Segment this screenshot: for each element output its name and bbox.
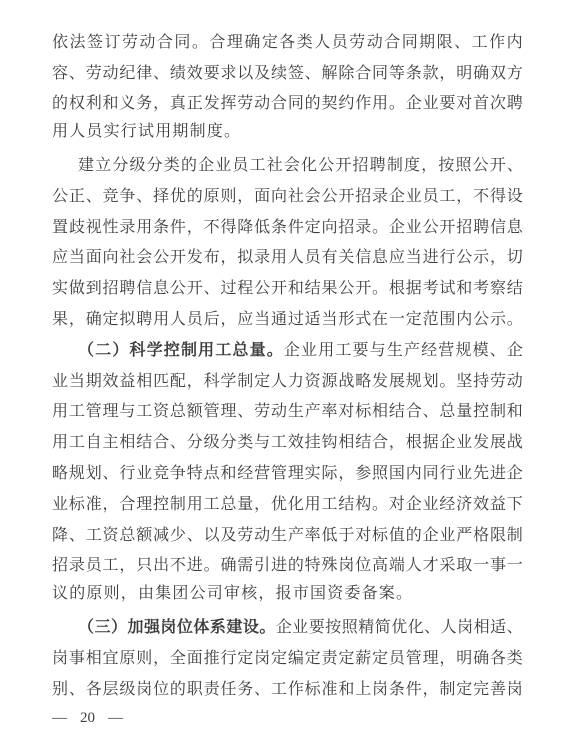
text-char: 理 [227,29,243,52]
text-char: 。 [192,29,208,52]
text-char: 管 [406,645,422,668]
text-char: 规 [455,337,471,360]
text-char: 完 [473,676,489,699]
text-char: 制 [237,368,253,391]
text-char: 工 [472,29,488,52]
text-char: 、 [69,522,85,545]
text-char: 工 [271,429,287,452]
text-char: 期 [86,368,102,391]
text-char: 企 [423,522,439,545]
footer-dash-right: — [108,710,123,727]
text-char: 同 [372,60,388,83]
text-char: 挂 [305,429,321,452]
text-char: 分 [187,429,203,452]
text-char: 工 [250,152,266,175]
text-char: 果 [52,306,68,329]
text-char: 行 [439,244,455,267]
text-char: 业 [423,491,439,514]
text-char: 和 [220,460,236,483]
text-char: 内 [456,306,472,329]
text-char: 自 [86,429,102,452]
text-char: 标 [355,398,371,421]
text-char: 聘 [119,275,135,298]
text-char: 少 [170,522,186,545]
document-page: 依法签订劳动合同。合理确定各类人员劳动合同期限、工作内容、劳动纪律、绩效要求以及… [0,0,578,750]
text-char: 员 [305,244,321,267]
text-char: 定 [372,645,388,668]
text-char: 人 [314,29,330,52]
text-char: 学 [220,368,236,391]
text-char: 分 [220,429,236,452]
text-char: 用 [372,90,388,113]
text-char: 结 [355,429,371,452]
text-char: 示 [490,306,506,329]
text-char: 与 [370,337,386,360]
text-char: 类 [297,29,313,52]
text-char: 业 [406,183,422,206]
text-char: 动 [103,60,119,83]
text-line: 岗事相宜原则，全面推行定岗定编定责定薪定员管理，明确各类 [52,641,523,672]
text-char: 业 [52,491,68,514]
text-char: 制 [181,337,197,360]
text-char: 条 [271,214,287,237]
text-char: 下 [507,491,523,514]
text-char: 员 [86,552,102,575]
text-char: 、 [204,275,220,298]
text-char: 息 [153,275,169,298]
text-char: 体 [193,614,209,637]
text-char: 对 [355,522,371,545]
text-char: 有 [322,244,338,267]
text-char: 当 [69,244,85,267]
text-char: 加 [127,614,143,637]
text-char: 理 [136,491,152,514]
text-char: 正 [187,90,203,113]
text-char: 发 [372,368,388,391]
text-char: 结 [305,275,321,298]
text-char: 进 [423,244,439,267]
text-char: 行 [439,460,455,483]
text-char: 设 [243,614,259,637]
text-char: 与 [254,429,270,452]
text-char: 信 [355,244,371,267]
text-char: 社 [267,152,283,175]
text-char: 求 [220,60,236,83]
text-char: 和 [103,90,119,113]
text-char: 明 [456,60,472,83]
text-char: 、 [507,614,523,637]
text-char: 公 [456,244,472,267]
text-char: 考 [423,275,439,298]
text-char: 事 [69,645,85,668]
text-char: ， [456,183,472,206]
text-char: 位 [177,614,193,637]
text-char: 源 [322,368,338,391]
text-char: 、 [187,522,203,545]
text-char: 营 [438,337,454,360]
text-char: 公 [52,183,68,206]
text-char: ） [111,614,127,637]
text-char: 工 [69,429,85,452]
text-char: 聘 [473,214,489,237]
text-char: 控 [164,337,180,360]
text-char: 编 [288,645,304,668]
text-char: 条 [406,60,422,83]
text-char: 应 [237,306,253,329]
text-char: 准 [86,491,102,514]
text-char: 以 [237,60,253,83]
text-char: 度 [404,152,420,175]
text-char: 产 [404,337,420,360]
text-char: 约 [338,90,354,113]
text-line: 用工自主相结合、分级分类与工效挂钩相结合，根据企业发展战 [52,425,523,456]
text-line: 实做到招聘信息公开、过程公开和结果公开。根据考试和考察结 [52,271,523,302]
text-char: 效 [103,368,119,391]
text-line: 降、工资总额减少、以及劳动生产率低于对标值的企业严格限制 [52,518,523,549]
text-char: 展 [490,429,506,452]
text-char: 公 [423,214,439,237]
text-char: 力 [288,368,304,391]
text-char: 相 [338,429,354,452]
text-char: 先 [473,460,489,483]
text-char: 确 [473,60,489,83]
text-char: 减 [153,522,169,545]
text-char: 企 [507,460,523,483]
text-line: 别、各层级岗位的职责任务、工作标准和上岗条件，制定完善岗 [52,672,523,703]
text-char: 置 [52,214,68,237]
text-char: 劳 [86,60,102,83]
text-char: 方 [507,60,523,83]
text-char: 程 [237,275,253,298]
text-char: 总 [439,398,455,421]
text-char: 业 [439,522,455,545]
text-char: 战 [507,429,523,452]
text-char: 三 [94,614,110,637]
text-char: 推 [204,645,220,668]
text-char: 劳 [122,29,138,52]
text-line: 置歧视性录用条件，不得降低条件定向招录。企业公开招聘信息 [52,210,523,241]
text-char: 照 [455,152,471,175]
text-char: 通 [271,306,287,329]
text-char: 工 [439,183,455,206]
text-char: 务 [136,90,152,113]
text-char: 期 [419,29,435,52]
text-char: 定 [456,676,472,699]
text-char: 信 [490,214,506,237]
text-char: ， [69,306,85,329]
text-char: 歧 [69,214,85,237]
text-char: 确 [86,306,102,329]
text-char: 才 [423,552,439,575]
text-char: 层 [103,676,119,699]
text-char: 劳 [237,90,253,113]
text-char: 正 [69,183,85,206]
text-char: 济 [456,491,472,514]
text-char: 。 [389,90,405,113]
text-char: 员 [389,645,405,668]
text-char: 确 [473,645,489,668]
text-char: 化 [408,614,424,637]
text-char: 根 [389,275,405,298]
text-char: 优 [170,183,186,206]
text-char: 管 [271,460,287,483]
text-char: 降 [237,214,253,237]
text-char: 业 [136,460,152,483]
text-char: 竞 [153,460,169,483]
text-char: 公 [254,275,270,298]
text-char: 定 [271,645,287,668]
text-char: 员 [423,183,439,206]
text-segment: 用人员实行试用期制度。 [52,123,241,140]
text-char: 开 [170,244,186,267]
text-char: 招 [338,214,354,237]
text-char: 资 [103,522,119,545]
text-char: 用 [187,491,203,514]
text-char: 殊 [322,552,338,575]
text-char: 信 [136,275,152,298]
text-char: 、 [454,29,470,52]
text-char: 竞 [103,183,119,206]
text-char: 资 [305,368,321,391]
text-char: 等 [389,60,405,83]
text-char: 总 [170,398,186,421]
text-char: 劳 [237,522,253,545]
text-char: 生 [387,337,403,360]
text-char: 用 [198,337,214,360]
text-char: 任 [220,676,236,699]
text-char: 一 [473,552,489,575]
text-char: 当 [406,244,422,267]
text-char: 行 [220,645,236,668]
text-char: 结 [389,398,405,421]
text-char: 面 [254,183,270,206]
text-char: 发 [204,90,220,113]
text-char: 围 [439,306,455,329]
text-char: 需 [237,552,253,575]
text-char: 示 [473,244,489,267]
text-line: 招录员工，只出不进。确需引进的特殊岗位高端人才采取一事一 [52,549,523,580]
text-char: 。 [267,337,283,360]
text-char: 实 [305,460,321,483]
text-char: 量 [250,337,266,360]
text-char: 用 [136,214,152,237]
text-char: 按 [325,614,341,637]
text-char: 划 [86,460,102,483]
text-char: 进 [187,552,203,575]
text-char: 、 [153,60,169,83]
text-char: ， [421,152,437,175]
text-char: 科 [129,337,145,360]
text-char: 率 [305,522,321,545]
text-char: 企 [389,183,405,206]
text-char: ， [338,460,354,483]
text-char: 工 [204,491,220,514]
text-char: 工 [271,676,287,699]
text-char: 额 [136,522,152,545]
text-char: 工 [103,552,119,575]
text-char: 得 [490,183,506,206]
text-char: 款 [423,60,439,83]
text-char: 录 [372,183,388,206]
text-char: 级 [129,152,145,175]
text-char: 布 [204,244,220,267]
text-char: 岗 [338,552,354,575]
text-char: 额 [187,398,203,421]
text-char: 简 [375,614,391,637]
text-char: 动 [254,90,270,113]
text-char: 切 [507,244,523,267]
text-char: 准 [322,676,338,699]
text-char: 确 [220,552,236,575]
text-char: 规 [69,460,85,483]
text-char: 的 [181,152,197,175]
text-char: 合 [119,491,135,514]
text-char: 应 [52,244,68,267]
text-char: 实 [52,275,68,298]
text-char: 和 [288,275,304,298]
text-char: 利 [86,90,102,113]
text-char: 类 [164,152,180,175]
text-char: 构 [355,491,371,514]
text-char: 企 [439,429,455,452]
text-char: 明 [456,645,472,668]
text-char: 录 [119,214,135,237]
text-char: 与 [119,398,135,421]
text-char: 制 [439,676,455,699]
text-char: ， [187,214,203,237]
text-char: 产 [288,522,304,545]
text-char: 用 [52,429,68,452]
text-char: 定 [338,645,354,668]
text-char: 务 [237,676,253,699]
text-char: 生 [271,522,287,545]
text-char: 根 [406,429,422,452]
text-segment: 议的原则，由集团公司审核，报市国资委备案。 [52,585,413,602]
text-char: 动 [367,29,383,52]
text-char: 坚 [456,368,472,391]
text-char: 参 [355,460,371,483]
text-char: 经 [421,337,437,360]
text-char: 公 [322,183,338,206]
text-line: 业当期效益相匹配，科学制定人力资源战略发展规划。坚持劳动 [52,364,523,395]
text-char: 的 [288,552,304,575]
text-char: 对 [389,491,405,514]
text-char: 控 [153,491,169,514]
text-char: 息 [507,214,523,237]
text-char: 取 [456,552,472,575]
text-char: ， [490,244,506,267]
text-char: 聘 [370,152,386,175]
text-char: 义 [119,90,135,113]
text-char: 业 [423,90,439,113]
text-char: 公 [473,306,489,329]
text-char: 人 [170,306,186,329]
text-char: 建 [226,614,242,637]
text-char: 争 [119,183,135,206]
text-char: 和 [507,398,523,421]
text-char: 各 [279,29,295,52]
text-char: 岗 [507,676,523,699]
text-char: 业 [52,368,68,391]
text-char: 相 [136,368,152,391]
text-char: 发 [187,244,203,267]
text-char: 作 [288,676,304,699]
text-line: 略规划、行业竞争特点和经营管理实际，参照国内同行业先进企 [52,456,523,487]
text-char: 。 [204,552,220,575]
text-char: 条 [389,676,405,699]
text-char: 企 [198,152,214,175]
text-char: 用 [318,337,334,360]
text-char: 、 [490,337,506,360]
text-char: 低 [254,214,270,237]
text-line: 的权利和义务，真正发挥劳动合同的契约作用。企业要对首次聘 [52,87,523,118]
text-char: 要 [309,614,325,637]
text-char: 招 [103,275,119,298]
text-char: 动 [254,522,270,545]
text-char: 用 [271,244,287,267]
text-char: 挥 [220,90,236,113]
document-body: 依法签订劳动合同。合理确定各类人员劳动合同期限、工作内容、劳动纪律、绩效要求以及… [52,25,523,703]
text-char: 岗 [254,645,270,668]
text-char: 理 [423,645,439,668]
text-char: 聘 [136,306,152,329]
text-char: 管 [86,398,102,421]
text-char: 进 [271,552,287,575]
text-char: 薪 [355,645,371,668]
text-char: 员 [332,29,348,52]
text-line: 议的原则，由集团公司审核，报市国资委备案。 [52,579,523,610]
text-char: 得 [220,214,236,237]
text-char: 企 [389,214,405,237]
text-char: 分 [147,152,163,175]
text-char: 当 [322,306,338,329]
text-char: 特 [187,460,203,483]
text-char: 经 [439,491,455,514]
text-char: 、 [69,676,85,699]
text-char: 经 [237,460,253,483]
text-char: 位 [355,552,371,575]
text-char: 的 [406,522,422,545]
text-char: 相 [119,429,135,452]
text-char: 用 [305,491,321,514]
text-char: （ [78,614,94,637]
text-char: 择 [153,183,169,206]
text-char: ， [103,491,119,514]
text-char: 标 [69,491,85,514]
text-char: 定 [305,645,321,668]
text-char: 岗 [136,676,152,699]
text-char: 照 [342,614,358,637]
text-char: 量 [456,398,472,421]
text-char: 不 [473,183,489,206]
text-char: 适 [490,614,506,637]
text-line: 建立分级分类的企业员工社会化公开招聘制度，按照公开、 [52,148,523,179]
text-char: 开 [187,275,203,298]
text-char: 则 [136,645,152,668]
text-char: 内 [507,29,523,52]
text-char: 同 [402,29,418,52]
text-line: 用工管理与工资总额管理、劳动生产率对标相结合、总量控制和 [52,395,523,426]
text-char: 定 [237,645,253,668]
text-char: 化 [301,152,317,175]
text-char: 企 [284,337,300,360]
text-char: 劳 [254,398,270,421]
text-char: 高 [372,552,388,575]
text-char: 展 [389,368,405,391]
text-char: 除 [338,60,354,83]
text-char: 标 [305,676,321,699]
text-char: 钩 [322,429,338,452]
